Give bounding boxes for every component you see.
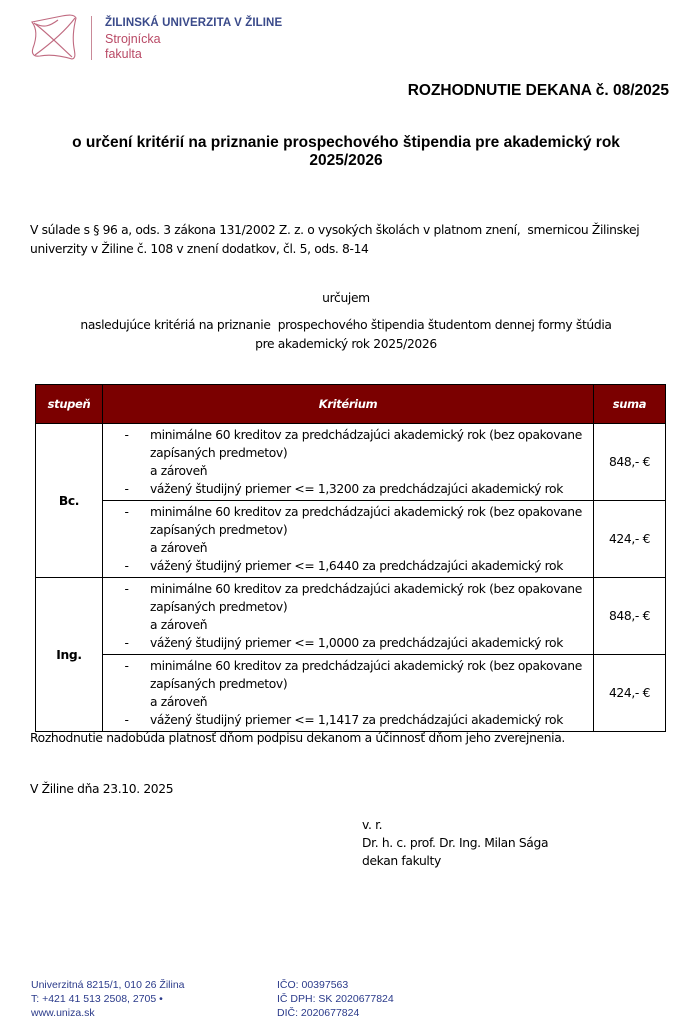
bullet-dash: - <box>103 480 150 498</box>
header-degree: stupeň <box>36 385 103 424</box>
criterion-conjunction: a zároveň <box>103 616 593 634</box>
bullet-dash: - <box>103 657 150 675</box>
place-date: V Žiline dňa 23.10. 2025 <box>30 782 173 796</box>
subtitle-line2: 2025/2026 <box>30 152 662 170</box>
criterion-average: vážený študijný priemer <= 1,3200 za pre… <box>150 480 593 498</box>
bullet-dash: - <box>103 557 150 575</box>
criterion-credits-cont: zapísaných predmetov) <box>103 444 593 462</box>
uniza-star-logo-icon <box>28 12 82 62</box>
degree-cell: Bc. <box>36 424 103 578</box>
footer-ic-dph: IČ DPH: SK 2020677824 <box>277 992 394 1006</box>
legal-basis-line1: V súlade s § 96 a, ods. 3 zákona 131/200… <box>30 221 675 240</box>
faculty-name-line1: Strojnícka <box>105 32 161 47</box>
criterion-credits-cont: zapísaných predmetov) <box>103 521 593 539</box>
footer-address: Univerzitná 8215/1, 010 26 Žilina T: +42… <box>31 978 185 1020</box>
bullet-dash: - <box>103 634 150 652</box>
validity-note: Rozhodnutie nadobúda platnosť dňom podpi… <box>30 731 565 745</box>
criterion-average: vážený študijný priemer <= 1,1417 za pre… <box>150 711 593 729</box>
bullet-dash: - <box>103 503 150 521</box>
table-header-row: stupeň Kritérium suma <box>36 385 666 424</box>
intro-text: nasledujúce kritériá na priznanie prospe… <box>30 316 662 354</box>
table-row: -minimálne 60 kreditov za predchádzajúci… <box>36 501 666 578</box>
footer-ico: IČO: 00397563 <box>277 978 394 992</box>
bullet-dash: - <box>103 580 150 598</box>
subtitle-line1: o určení kritérií na priznanie prospecho… <box>30 134 662 152</box>
signature-name: Dr. h. c. prof. Dr. Ing. Milan Sága <box>362 834 548 852</box>
signature-block: v. r. Dr. h. c. prof. Dr. Ing. Milan Ság… <box>362 816 548 870</box>
criterion-credits: minimálne 60 kreditov za predchádzajúci … <box>150 503 593 521</box>
criterion-credits: minimálne 60 kreditov za predchádzajúci … <box>150 580 593 598</box>
logo-separator <box>91 16 92 60</box>
amount-cell: 424,- € <box>594 655 666 732</box>
criterion-credits: minimálne 60 kreditov za predchádzajúci … <box>150 426 593 444</box>
header-amount: suma <box>594 385 666 424</box>
amount-cell: 848,- € <box>594 578 666 655</box>
criterion-credits: minimálne 60 kreditov za predchádzajúci … <box>150 657 593 675</box>
faculty-name-line2: fakulta <box>105 47 161 62</box>
footer-dic: DIČ: 2020677824 <box>277 1006 394 1020</box>
footer-street: Univerzitná 8215/1, 010 26 Žilina <box>31 978 185 992</box>
criteria-table: stupeň Kritérium suma Bc. -minimálne 60 … <box>35 384 666 732</box>
faculty-name: Strojnícka fakulta <box>105 32 161 62</box>
criterion-cell: -minimálne 60 kreditov za predchádzajúci… <box>103 424 594 501</box>
decision-title: ROZHODNUTIE DEKANA č. 08/2025 <box>408 82 669 100</box>
signature-vr: v. r. <box>362 816 548 834</box>
footer-web-link[interactable]: www.uniza.sk <box>31 1006 185 1020</box>
amount-cell: 424,- € <box>594 501 666 578</box>
criterion-conjunction: a zároveň <box>103 539 593 557</box>
criterion-conjunction: a zároveň <box>103 693 593 711</box>
footer-phone: T: +421 41 513 2508, 2705 • <box>31 992 185 1006</box>
bullet-dash: - <box>103 426 150 444</box>
criterion-credits-cont: zapísaných predmetov) <box>103 675 593 693</box>
footer-ids: IČO: 00397563 IČ DPH: SK 2020677824 DIČ:… <box>277 978 394 1020</box>
table-row: Ing. -minimálne 60 kreditov za predchádz… <box>36 578 666 655</box>
bullet-dash: - <box>103 711 150 729</box>
criterion-average: vážený študijný priemer <= 1,6440 za pre… <box>150 557 593 575</box>
criterion-cell: -minimálne 60 kreditov za predchádzajúci… <box>103 578 594 655</box>
criterion-conjunction: a zároveň <box>103 462 593 480</box>
signature-role: dekan fakulty <box>362 852 548 870</box>
amount-cell: 848,- € <box>594 424 666 501</box>
legal-basis: V súlade s § 96 a, ods. 3 zákona 131/200… <box>30 221 675 259</box>
legal-basis-line2: univerzity v Žiline č. 108 v znení dodat… <box>30 240 675 259</box>
intro-line1: nasledujúce kritériá na priznanie prospe… <box>30 316 662 335</box>
degree-cell: Ing. <box>36 578 103 732</box>
header-criterion: Kritérium <box>103 385 594 424</box>
decision-subtitle: o určení kritérií na priznanie prospecho… <box>30 134 662 170</box>
table-row: Bc. -minimálne 60 kreditov za predchádza… <box>36 424 666 501</box>
intro-line2: pre akademický rok 2025/2026 <box>30 335 662 354</box>
criterion-cell: -minimálne 60 kreditov za predchádzajúci… <box>103 655 594 732</box>
criterion-credits-cont: zapísaných predmetov) <box>103 598 593 616</box>
table-row: -minimálne 60 kreditov za predchádzajúci… <box>36 655 666 732</box>
criterion-average: vážený študijný priemer <= 1,0000 za pre… <box>150 634 593 652</box>
determine-word: určujem <box>30 289 662 308</box>
university-name: ŽILINSKÁ UNIVERZITA V ŽILINE <box>105 17 282 29</box>
criterion-cell: -minimálne 60 kreditov za predchádzajúci… <box>103 501 594 578</box>
university-logo: ŽILINSKÁ UNIVERZITA V ŽILINE Strojnícka … <box>28 12 288 64</box>
